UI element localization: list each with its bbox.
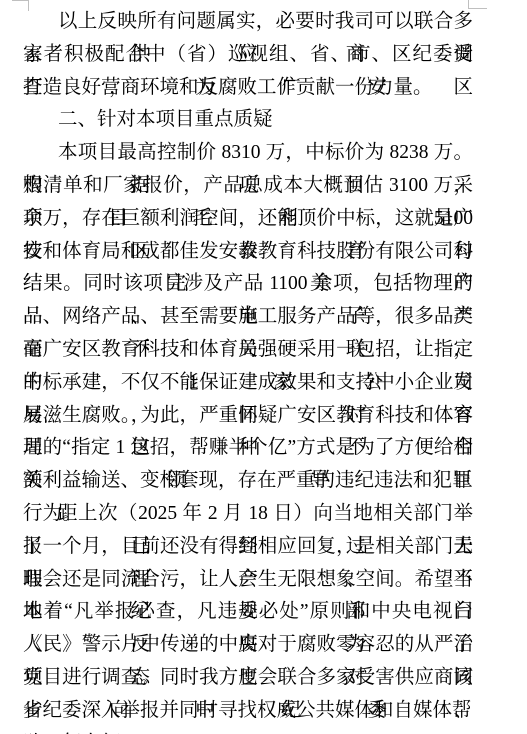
text-line: 了一个月，目前还没有得到相应回复，是相关部门无暇理会、不: [23, 531, 473, 564]
section-heading: 二、针对本项目重点质疑: [23, 104, 473, 137]
text-line: 结果。同时该项目涉及产品 1100 余项，包括物理产品、电子产: [23, 268, 473, 301]
text-line: 易滋生腐败。为此，严重怀疑广安区教育科技和体育局这种不合: [23, 400, 473, 433]
document-page: 以上反映所有问题属实，必要时我司可以联合多家供应商受害者积极配合中（省）巡视组、…: [0, 0, 527, 734]
text-line: 二、针对本项目重点质疑: [23, 104, 473, 137]
text-line: 害者积极配合中（省）巡视组、省、市、区纪委调查，为广安区: [23, 39, 473, 72]
paragraph: 本项目最高控制价 8310 万，中标价为 8238 万。根据项目采购清单和厂家报…: [23, 137, 473, 498]
text-line: 人民》警示片中传递的中央对于腐败零容忍的从严治党态度对该: [23, 629, 473, 662]
paragraph: 距上次（2025 年 2 月 18 日）向当地相关部门举报已经过去了一个月，目前…: [23, 498, 473, 728]
text-line: 购清单和厂家报价，产品总成本大概预估 3100 万，项目毛利 5100: [23, 170, 473, 203]
text-line: 理会还是同流合污，让人产生无限想象空间。希望当地纪委部门: [23, 564, 473, 597]
text-line: 本着“凡举报必查，凡违规必处”原则和中央电视台《反腐为了: [23, 596, 473, 629]
text-line: 额利益输送、变相套现，存在严重的违纪违法和犯罪行为。: [23, 465, 473, 498]
text-line: 打造良好营商环境和反腐败工作贡献一份力量。: [23, 72, 473, 105]
paragraph: 以上反映所有问题属实，必要时我司可以联合多家供应商受害者积极配合中（省）巡视组、…: [23, 6, 473, 104]
text-line: 距上次（2025 年 2 月 18 日）向当地相关部门举报已经过去: [23, 498, 473, 531]
document-body: 以上反映所有问题属实，必要时我司可以联合多家供应商受害者积极配合中（省）巡视组、…: [23, 6, 473, 728]
text-line: 而广安区教育科技和体育局强硬采用一包招，让指定的 1 家公司: [23, 334, 473, 367]
text-line: 理的“指定 1 包招，帮赚半个亿”方式是为了方便给相关领导巨: [23, 432, 473, 465]
text-line: 余万，存在巨额利润空间，还能顶价中标，这就是广安区教育科: [23, 203, 473, 236]
text-line: 以上反映所有问题属实，必要时我司可以联合多家供应商受: [23, 6, 473, 39]
text-line: 品、网络产品、甚至需要施工服务产品等，很多品类毫不关联，: [23, 301, 473, 334]
text-line: 本项目最高控制价 8310 万，中标价为 8238 万。根据项目采: [23, 137, 473, 170]
text-line: 省纪委深入举报并同时寻找权威公共媒体和自媒体帮助。努力打: [23, 695, 473, 728]
text-line: 中标承建，不仅不能保证建成效果和支持中小企业发展，同时容: [23, 367, 473, 400]
text-line: 技和体育局和成都佳发安泰教育科技股份有限公司勾结完美的: [23, 236, 473, 269]
text-line: 项目进行调查。同时我方也会联合多家受害供应商同步向中纪委、: [23, 662, 473, 695]
